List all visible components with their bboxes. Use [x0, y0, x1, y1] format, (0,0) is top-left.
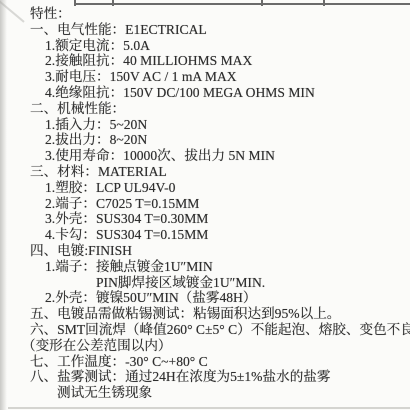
doc-line: 2.拔出力：8~20N: [0, 132, 410, 148]
doc-line: 六、SMT回流焊（峰值260° C±5° C）不能起泡、熔胶、变色不良: [0, 322, 410, 338]
spec-lines: 特性：一、电气性能：E1ECTRICAL1.额定电流：5.0A2.接触阻抗：40…: [0, 6, 410, 401]
doc-line: 1.塑胶：LCP UL94V-0: [0, 180, 410, 196]
table-border-line: [74, 3, 410, 5]
doc-line: 3.耐电压：150V AC / 1 mA MAX: [0, 69, 410, 85]
doc-line: 三、材料：MATERIAL: [0, 164, 410, 180]
doc-line: 特性：: [0, 6, 410, 22]
doc-line: 七、工作温度：-30° C~+80° C: [0, 354, 410, 370]
doc-line: 2.端子：C7025 T=0.15MM: [0, 196, 410, 212]
doc-line: 二、机械性能：: [0, 101, 410, 117]
doc-line: 3.使用寿命：10000次、拔出力 5N MIN: [0, 148, 410, 164]
doc-line: 一、电气性能：E1ECTRICAL: [0, 22, 410, 38]
doc-line: 3.外壳：SUS304 T=0.30MM: [0, 211, 410, 227]
doc-line: 1.额定电流：5.0A: [0, 38, 410, 54]
doc-line: 4.卡勾：SUS304 T=0.15MM: [0, 227, 410, 243]
doc-line: PIN脚焊接区域镀金1U″MIN.: [0, 275, 410, 291]
doc-line: 四、电镀:FINISH: [0, 243, 410, 259]
scan-edge-shadow-bottom: [8, 407, 410, 409]
doc-line: 五、电镀品需做粘锡测试：粘锡面积达到95%以上。: [0, 306, 410, 322]
doc-line: 1.端子：接触点镀金1U″MIN: [0, 259, 410, 275]
doc-line: 八、盐雾测试：通过24H在浓度为5±1%盐水的盐雾: [0, 369, 410, 385]
doc-line: 1.插入力：5~20N: [0, 117, 410, 133]
doc-line: 测试无生锈现象: [0, 385, 410, 401]
doc-line: 2.外壳：镀镍50U″MIN（盐雾48H）: [0, 290, 410, 306]
doc-line: 2.接触阻抗：40 MILLIOHMS MAX: [0, 53, 410, 69]
scanned-spec-page: 特性：一、电气性能：E1ECTRICAL1.额定电流：5.0A2.接触阻抗：40…: [0, 0, 410, 410]
doc-line: （变形在公差范围以内）: [0, 338, 410, 354]
doc-line: 4.绝缘阻抗：150V DC/100 MEGA OHMS MIN: [0, 85, 410, 101]
